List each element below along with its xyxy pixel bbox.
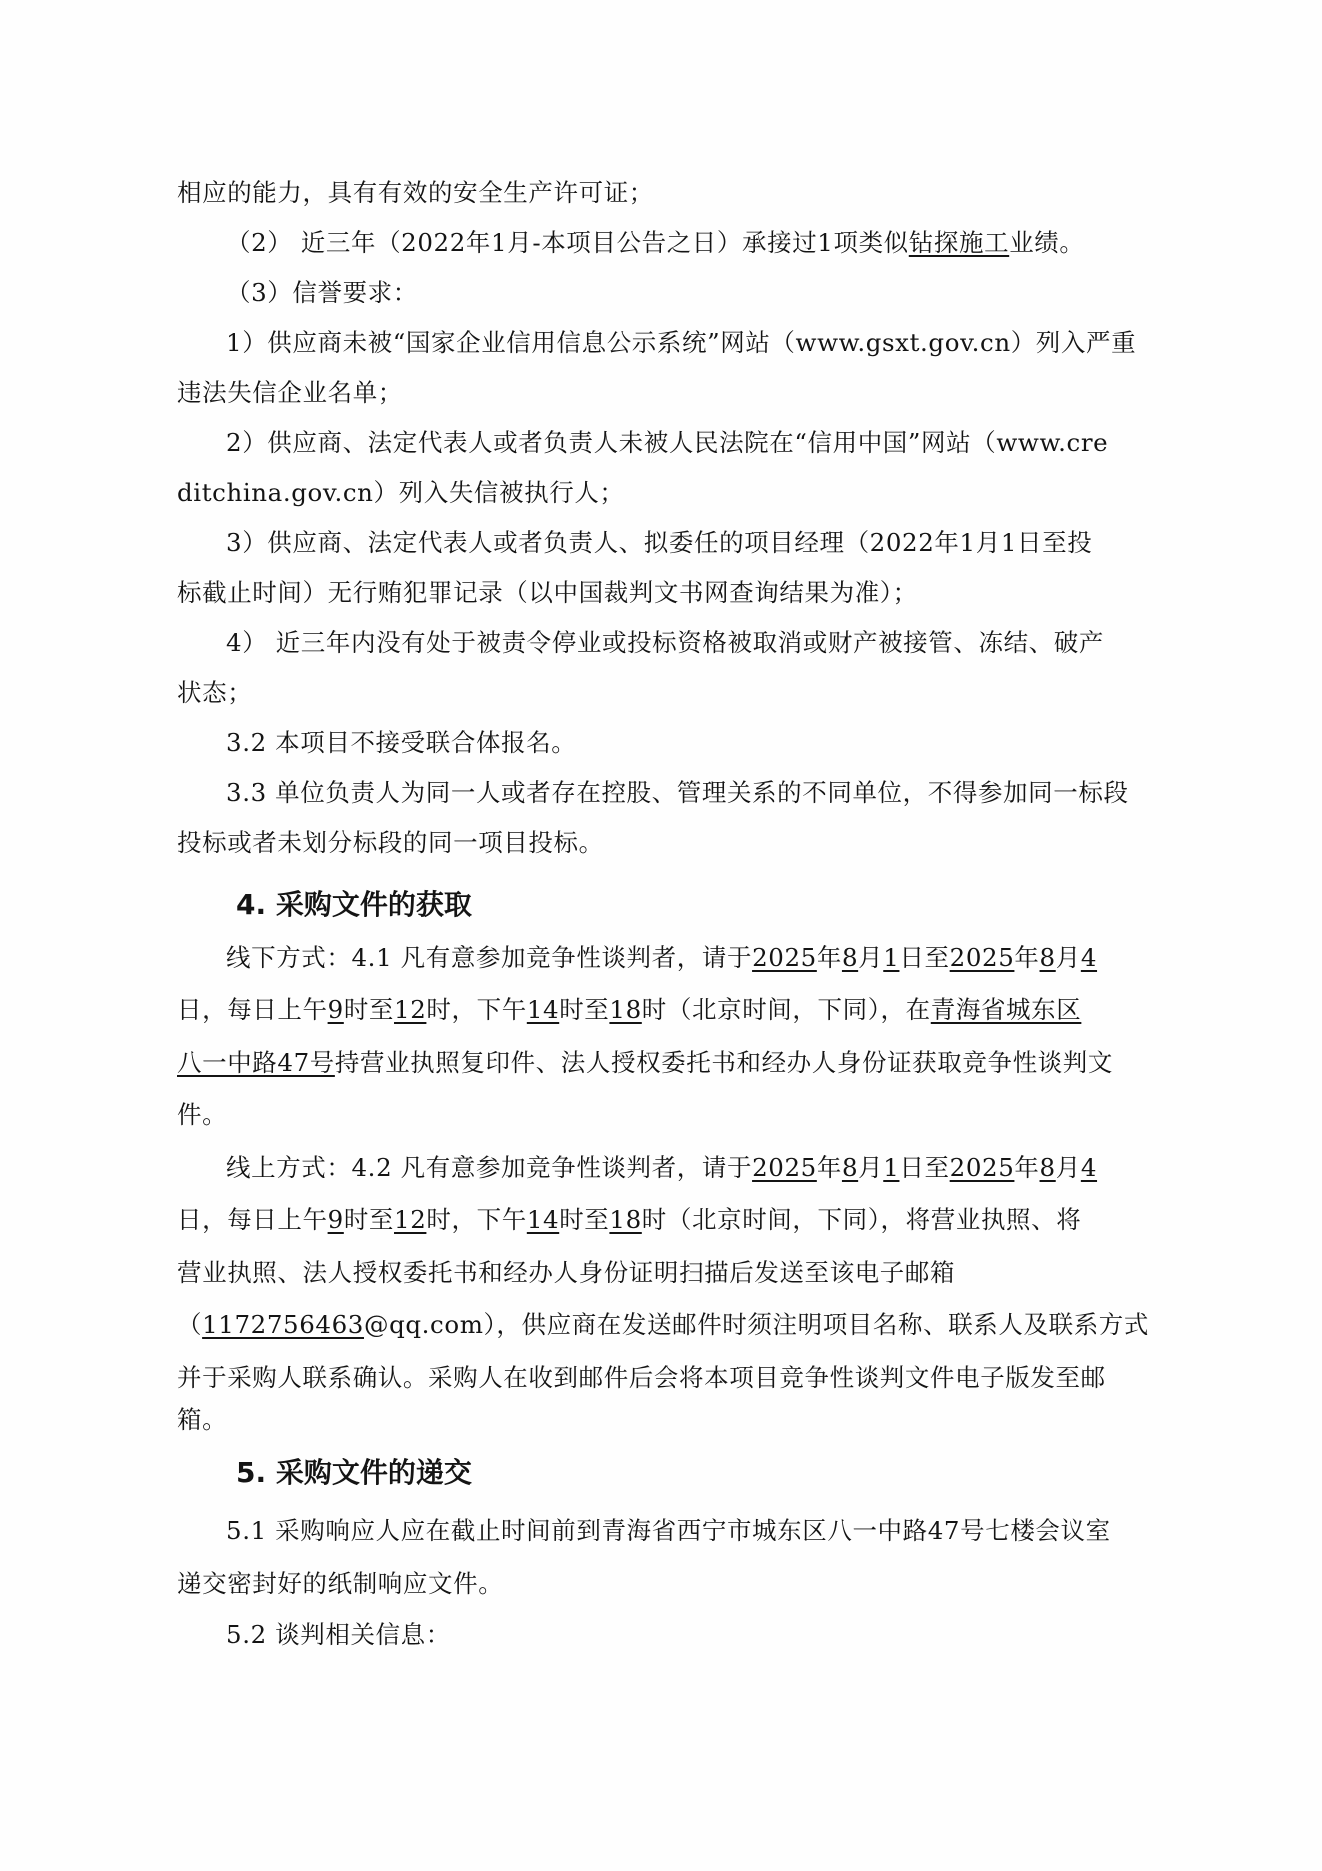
paragraph-line: 违法失信企业名单；: [177, 378, 1137, 408]
paragraph-line: 状态；: [177, 678, 1137, 708]
offline-method-line-4: 件。: [177, 1100, 1137, 1130]
online-method-line-2: 日，每日上午9时至12时，下午14时至18时（北京时间，下同），将营业执照、将: [177, 1205, 1137, 1235]
paragraph-line: ditchina.gov.cn）列入失信被执行人；: [177, 478, 1137, 508]
paragraph-line: 1）供应商未被“国家企业信用信息公示系统”网站（www.gsxt.gov.cn）…: [226, 328, 1137, 358]
paragraph-line: 3）供应商、法定代表人或者负责人、拟委任的项目经理（2022年1月1日至投: [226, 528, 1137, 558]
paragraph-line: 5.1 采购响应人应在截止时间前到青海省西宁市城东区八一中路47号七楼会议室: [226, 1516, 1137, 1546]
paragraph-line: 5.2 谈判相关信息：: [226, 1620, 1137, 1650]
online-method-line-4: （1172756463@qq.com），供应商在发送邮件时须注明项目名称、联系人…: [177, 1310, 1137, 1340]
paragraph-line: 标截止时间）无行贿犯罪记录（以中国裁判文书网查询结果为准）；: [177, 578, 1137, 608]
offline-method-line-1: 线下方式：4.1 凡有意参加竞争性谈判者，请于2025年8月1日至2025年8月…: [226, 943, 1137, 973]
paragraph-line: 3.2 本项目不接受联合体报名。: [226, 728, 1137, 758]
online-method-line-3: 营业执照、法人授权委托书和经办人身份证明扫描后发送至该电子邮箱: [177, 1258, 1137, 1288]
paragraph-line: 投标或者未划分标段的同一项目投标。: [177, 828, 1137, 858]
paragraph-line: 递交密封好的纸制响应文件。: [177, 1569, 1137, 1599]
paragraph-line: （3）信誉要求：: [226, 278, 1137, 308]
section-heading-5: 5. 采购文件的递交: [236, 1456, 472, 1490]
address-text: 青海省城东区: [931, 995, 1082, 1024]
online-method-line-1: 线上方式：4.2 凡有意参加竞争性谈判者，请于2025年8月1日至2025年8月…: [226, 1153, 1137, 1183]
paragraph-line: 2）供应商、法定代表人或者负责人未被人民法院在“信用中国”网站（www.cre: [226, 428, 1137, 458]
paragraph-line: 4） 近三年内没有处于被责令停业或投标资格被取消或财产被接管、冻结、破产: [226, 628, 1137, 658]
address-text: 八一中路47号: [177, 1048, 335, 1077]
online-method-line-6: 箱。: [177, 1405, 1137, 1435]
section-heading-4: 4. 采购文件的获取: [236, 888, 472, 922]
underlined-text: 钻探施工: [909, 228, 1009, 257]
online-method-line-5: 并于采购人联系确认。采购人在收到邮件后会将本项目竞争性谈判文件电子版发至邮: [177, 1363, 1137, 1393]
email-link[interactable]: 1172756463: [202, 1310, 364, 1339]
paragraph-line: 相应的能力，具有有效的安全生产许可证；: [177, 178, 1137, 208]
offline-method-line-2: 日，每日上午9时至12时，下午14时至18时（北京时间，下同），在青海省城东区: [177, 995, 1137, 1025]
document-page: 相应的能力，具有有效的安全生产许可证； （2） 近三年（2022年1月-本项目公…: [0, 0, 1322, 1871]
paragraph-line: （2） 近三年（2022年1月-本项目公告之日）承接过1项类似钻探施工业绩。: [226, 228, 1137, 258]
offline-method-line-3: 八一中路47号持营业执照复印件、法人授权委托书和经办人身份证获取竞争性谈判文: [177, 1048, 1137, 1078]
paragraph-line: 3.3 单位负责人为同一人或者存在控股、管理关系的不同单位，不得参加同一标段: [226, 778, 1137, 808]
